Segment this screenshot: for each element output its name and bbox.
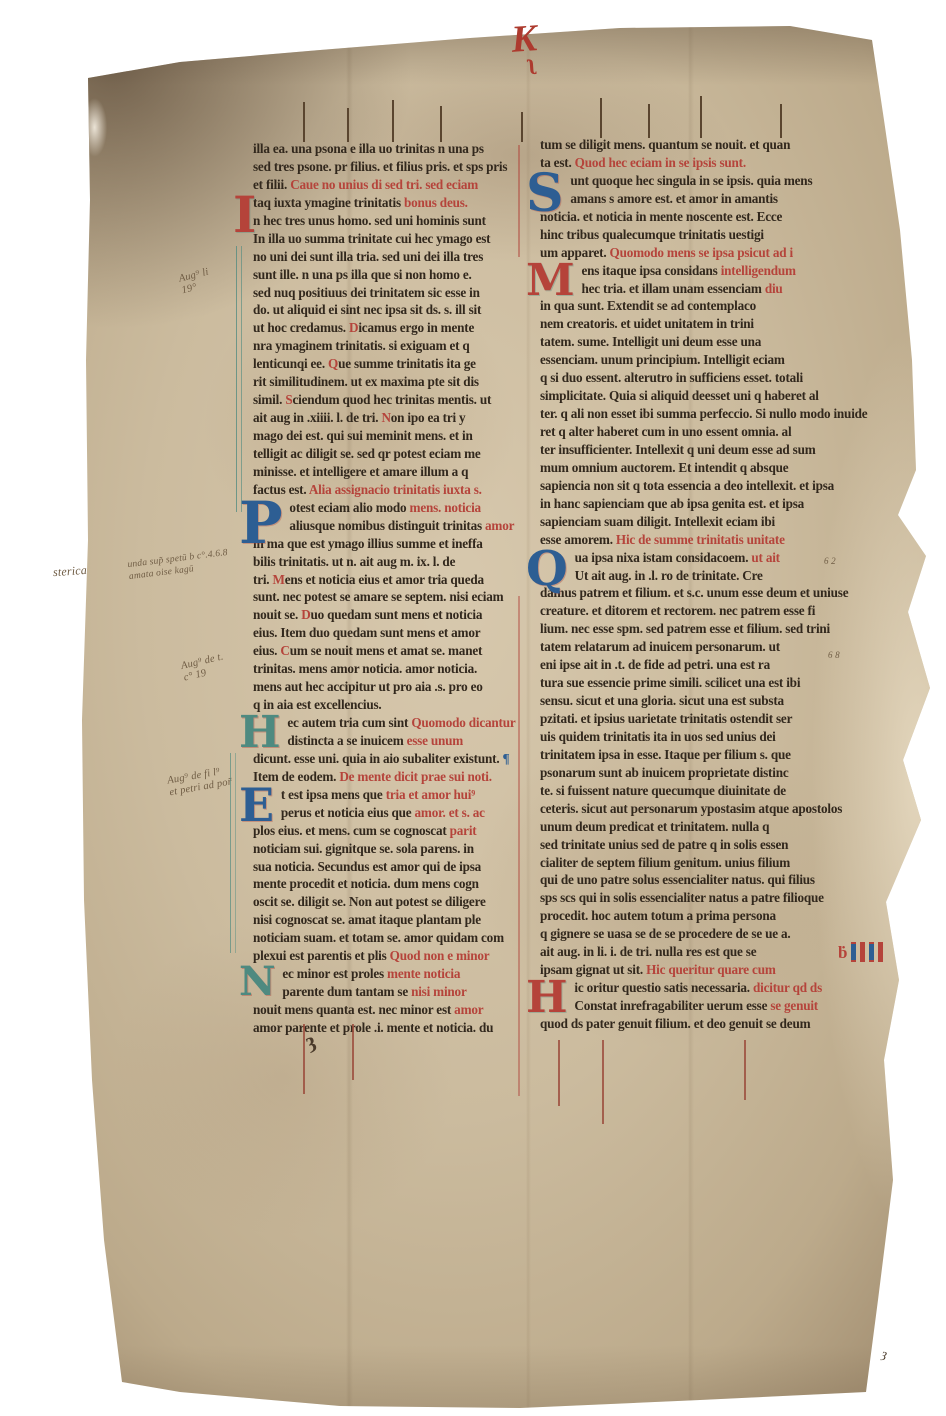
manuscript-photo: K illa ea. una psona e illa uo trinitas … <box>0 0 946 1416</box>
text-line: aliusque nomibus distinguit trinitas amo… <box>253 517 549 535</box>
text-line: um apparet. Quomodo mens se ipsa psicut … <box>540 244 860 262</box>
body-text: eni ipse ait in .t. de fide ad petri. un… <box>540 657 770 672</box>
text-line: t est ipsa mens que tria et amor hui⁹ <box>253 786 549 804</box>
body-text: ens itaque ipsa considans <box>582 263 721 278</box>
text-line: in qua sunt. Extendit se ad contemplaco <box>540 297 860 315</box>
body-text: ut hoc credamus. <box>253 320 349 335</box>
text-line: uis quidem trinitatis ita in uos sed uni… <box>540 728 860 746</box>
text-line: ec minor est proles mente noticia <box>253 965 549 983</box>
text-line: eius. Item duo quedam sunt mens et amor <box>253 624 549 642</box>
body-text: hec tria. et illam unam essenciam <box>582 281 765 296</box>
text-line: nouit mens quanta est. nec minor est amo… <box>253 1001 549 1019</box>
text-line: noticiam suam. et totam se. amor quidam … <box>253 929 549 947</box>
text-line: in hanc sapienciam que ab ipsa genita es… <box>540 495 860 513</box>
text-line: sunt. nec potest se amare se septem. nis… <box>253 588 549 606</box>
body-text: icamus ergo in mente <box>358 320 474 335</box>
body-text: parente dum tantam se <box>282 984 411 999</box>
rubric-text: mente noticia <box>387 966 460 981</box>
margin-note-sterica: sterica <box>53 565 88 579</box>
text-line: ec autem tria cum sint Quomodo dicantur <box>253 714 549 732</box>
quire-numeral-stroke <box>869 942 874 962</box>
text-line: mens aut hec accipitur ut pro aia .s. pr… <box>253 678 549 696</box>
rubric-text: Quod non e minor <box>390 948 490 963</box>
quire-mark-IIII: ḃ <box>838 942 883 962</box>
ruling-stroke <box>392 100 394 142</box>
rubric-text: amor <box>454 1002 483 1017</box>
text-line: noticiam sui. gignitque se. sola parens.… <box>253 840 549 858</box>
text-line: parente dum tantam se nisi minor <box>253 983 549 1001</box>
text-line: hec tria. et illam unam essenciam diu <box>540 280 860 298</box>
body-text: taq iuxta ymagine trinitatis <box>253 195 404 210</box>
body-text: on ipo ea tri y <box>391 410 466 425</box>
text-line: perus et noticia eius que amor. et s. ac <box>253 804 549 822</box>
body-text: mente procedit et noticia. dum mens cogn <box>253 876 479 891</box>
text-line: illa ea. una psona e illa uo trinitas n … <box>253 140 549 158</box>
headpiece-mark: K <box>510 19 539 75</box>
body-text: illa ea. una psona e illa uo trinitas n … <box>253 141 484 156</box>
body-text: telligit ac diligit se. sed qr potest ec… <box>253 446 481 461</box>
body-text: oscit se. diligit se. Non aut potest se … <box>253 894 486 909</box>
body-text: nra ymaginem trinitatis. si exiguam et q <box>253 338 470 353</box>
ruling-stroke <box>780 104 782 138</box>
descender-stroke <box>558 1040 560 1106</box>
ruling-stroke <box>347 108 349 142</box>
text-line: cialiter de septem filium genitum. unius… <box>540 854 860 872</box>
text-line: oscit se. diligit se. Non aut potest se … <box>253 893 549 911</box>
text-line: no uni dei sunt illa tria. sed uni dei i… <box>253 248 549 266</box>
body-text: in ma que est ymago illius summe et inef… <box>253 536 483 551</box>
rubric-text: Caue no unius di sed tri. sed eciam <box>290 177 478 192</box>
text-line: ceteris. sicut aut personarum ypostasim … <box>540 800 860 818</box>
text-line: eius. Cum se nouit mens et amat se. mane… <box>253 642 549 660</box>
body-text: noticia. et noticia in mente noscente es… <box>540 209 782 224</box>
margin-scribble: 6 2 <box>824 556 836 568</box>
body-text: uo quedam sunt mens et noticia <box>311 607 483 622</box>
rubric-text: Quomodo dicantur <box>411 715 515 730</box>
body-text: nouit se. <box>253 607 301 622</box>
text-line: lenticunqi ee. Que summe trinitatis ita … <box>253 355 549 373</box>
rubric-text: se genuit <box>770 998 818 1013</box>
decorated-initial-H: H <box>526 980 567 1014</box>
margin-scribble: 6 8 <box>828 650 840 662</box>
body-text: t est ipsa mens que <box>281 787 386 802</box>
text-line: mente procedit et noticia. dum mens cogn <box>253 875 549 893</box>
text-line: mum omnium auctorem. Et intendit q absqu… <box>540 459 860 477</box>
rubric-text: D <box>301 607 310 622</box>
text-line: trinitatem ipsa in esse. Itaque per fili… <box>540 746 860 764</box>
body-text: tri. <box>253 572 273 587</box>
body-text: no uni dei sunt illa tria. sed uni dei i… <box>253 249 483 264</box>
rubric-text: De mente dicit prae sui noti. <box>339 769 491 784</box>
body-text: plos eius. et mens. cum se cognoscat <box>253 823 450 838</box>
descender-stroke <box>303 1024 305 1094</box>
ruling-stroke <box>303 102 305 142</box>
body-text: um se nouit mens et amat se. manet <box>290 643 482 658</box>
descender-stroke <box>744 1040 746 1100</box>
text-column-left: illa ea. una psona e illa uo trinitas n … <box>253 140 549 1037</box>
text-line: sensu. sicut et una gloria. sicut una es… <box>540 692 860 710</box>
decorated-initial-I: I <box>233 194 256 235</box>
text-line: tatem. sume. Intelligit uni deum esse un… <box>540 333 860 351</box>
body-text: sua noticia. Secundus est amor qui de ip… <box>253 859 481 874</box>
text-line: noticia. et noticia in mente noscente es… <box>540 208 860 226</box>
body-text: ens et noticia eius et amor tria queda <box>285 572 484 587</box>
body-text: do. ut aliquid ei sint nec ipsa sit ds. … <box>253 302 481 317</box>
quire-mark-prefix: ḃ <box>838 944 847 961</box>
text-line: plos eius. et mens. cum se cognoscat par… <box>253 822 549 840</box>
text-line: sed trinitate unius sed de patre q in so… <box>540 836 860 854</box>
body-text: damus patrem et filium. et s.c. unum ess… <box>540 585 848 600</box>
body-text: ec autem tria cum sint <box>287 715 411 730</box>
body-text: sapienciam suam diligit. Intellexit ecia… <box>540 514 775 529</box>
body-text: amans s amore est. et amor in amantis <box>570 191 778 206</box>
body-text: sunt. nec potest se amare se septem. nis… <box>253 589 503 604</box>
body-text: simil. <box>253 392 285 407</box>
body-text: amor parente et prole .i. mente et notic… <box>253 1020 493 1035</box>
text-line: sps scs qui in solis essencialiter natus… <box>540 889 860 907</box>
body-text: ait aug in .xiiii. l. de tri. <box>253 410 381 425</box>
text-line: plexui est parentis et plis Quod non e m… <box>253 947 549 965</box>
text-line: tatem relatarum ad inuicem personarum. u… <box>540 638 860 656</box>
body-text: nisi cognoscat se. amat itaque plantam p… <box>253 912 481 927</box>
text-line: te. si fuissent nature quecumque diuinit… <box>540 782 860 800</box>
rubric-text: Q <box>328 356 338 371</box>
body-text: ic oritur questio satis necessaria. <box>574 980 753 995</box>
rubric-text: Hic queritur quare cum <box>646 962 776 977</box>
text-line: amans s amore est. et amor in amantis <box>540 190 860 208</box>
text-line: otest eciam alio modo mens. noticia <box>253 499 549 517</box>
text-line: psonarum sunt ab inuicem proprietate dis… <box>540 764 860 782</box>
text-line: sua noticia. Secundus est amor qui de ip… <box>253 858 549 876</box>
body-text: mum omnium auctorem. Et intendit q absqu… <box>540 460 788 475</box>
rubric-text: amor <box>485 518 514 533</box>
rubric-text: nisi minor <box>411 984 467 999</box>
body-text: et filii. <box>253 177 290 192</box>
body-text: sunt ille. n una ps illa que si non homo… <box>253 267 472 282</box>
body-text: sensu. sicut et una gloria. sicut una es… <box>540 693 784 708</box>
quire-mark-numeral-strokes <box>851 942 883 962</box>
text-line: distincta a se inuicem esse unum <box>253 732 549 750</box>
text-line: creature. et ditorem et rectorem. nec pa… <box>540 602 860 620</box>
ruling-stroke <box>648 104 650 138</box>
text-line: taq iuxta ymagine trinitatis bonus deus. <box>253 194 549 212</box>
rubric-text: C <box>280 643 289 658</box>
text-line: simil. Sciendum quod hec trinitas mentis… <box>253 391 549 409</box>
body-text: otest eciam alio modo <box>289 500 409 515</box>
rubric-text: Quomodo mens se ipsa psicut ad i <box>610 245 793 260</box>
rubric-text: Hic de summe trinitatis unitate <box>616 532 785 547</box>
body-text: tatem. sume. Intelligit uni deum esse un… <box>540 334 761 349</box>
body-text: nem creatoris. et uidet unitatem in trin… <box>540 316 754 331</box>
text-line: sapienciam suam diligit. Intellexit ecia… <box>540 513 860 531</box>
body-text: qui de uno patre solus essencialiter nat… <box>540 872 815 887</box>
text-line: Ut ait aug. in .l. ro de trinitate. Cre <box>540 567 860 585</box>
decorated-initial-E: E <box>239 787 274 821</box>
text-line: Constat inrefragabiliter uerum esse se g… <box>540 997 860 1015</box>
body-text: ait aug. in li. i. de tri. nulla res est… <box>540 944 756 959</box>
body-text: bilis trinitatis. ut n. ait aug m. ix. l… <box>253 554 455 569</box>
body-text: quod ds pater genuit filium. et deo genu… <box>540 1016 810 1031</box>
body-text: uis quidem trinitatis ita in uos sed uni… <box>540 729 776 744</box>
body-text: lium. nec esse spm. sed patrem esse et f… <box>540 621 830 636</box>
body-text: procedit. hoc autem totum a prima person… <box>540 908 776 923</box>
rubric-text: N <box>381 410 390 425</box>
text-line: qui de uno patre solus essencialiter nat… <box>540 871 860 889</box>
body-text: sapiencia non sit q tota essencia a deo … <box>540 478 834 493</box>
text-line: q si duo essent. alterutro in sufficiens… <box>540 369 860 387</box>
body-text: mago dei est. qui sui meminit mens. et i… <box>253 428 473 443</box>
body-text: mens aut hec accipitur ut pro aia .s. pr… <box>253 679 483 694</box>
body-text: q gignere se uasa se de se procedere de … <box>540 926 790 941</box>
ruling-stroke <box>440 106 442 142</box>
text-line: tum se diligit mens. quantum se nouit. e… <box>540 136 860 154</box>
text-line: tri. Mens et noticia eius et amor tria q… <box>253 571 549 589</box>
text-line: sunt ille. n una ps illa que si non homo… <box>253 266 549 284</box>
rubric-text: bonus deus. <box>404 195 468 210</box>
quire-numeral-stroke <box>860 942 865 962</box>
text-line: nisi cognoscat se. amat itaque plantam p… <box>253 911 549 929</box>
text-line: In illa uo summa trinitate cui hec ymago… <box>253 230 549 248</box>
body-text: creature. et ditorem et rectorem. nec pa… <box>540 603 815 618</box>
body-text: Constat inrefragabiliter uerum esse <box>574 998 770 1013</box>
text-line: nouit se. Duo quedam sunt mens et notici… <box>253 606 549 624</box>
rubric-text: esse unum <box>407 733 463 748</box>
rubric-text: M <box>273 572 285 587</box>
text-line: damus patrem et filium. et s.c. unum ess… <box>540 584 860 602</box>
body-text: trinitatem ipsa in esse. Itaque per fili… <box>540 747 791 762</box>
decorated-initial-Q: Q <box>526 550 568 584</box>
text-line: mago dei est. qui sui meminit mens. et i… <box>253 427 549 445</box>
body-text: tatem relatarum ad inuicem personarum. u… <box>540 639 780 654</box>
body-text: minisse. et intelligere et amare illum a… <box>253 464 468 479</box>
text-column-right: tum se diligit mens. quantum se nouit. e… <box>540 136 860 1033</box>
body-text: psonarum sunt ab inuicem proprietate dis… <box>540 765 789 780</box>
text-line: rit similitudinem. ut ex maxima pte sit … <box>253 373 549 391</box>
text-line: ait aug in .xiiii. l. de tri. Non ipo ea… <box>253 409 549 427</box>
body-text: trinitas. mens amor noticia. amor notici… <box>253 661 477 676</box>
text-line: factus est. Alia assignacio trinitatis i… <box>253 481 549 499</box>
quire-numeral-stroke <box>878 942 883 962</box>
rubric-text: parit <box>450 823 477 838</box>
decorated-initial-P: P <box>239 500 282 534</box>
body-text: ciendum quod hec trinitas mentis. ut <box>292 392 491 407</box>
body-text: ter insufficienter. Intellexit q uni deu… <box>540 442 816 457</box>
descender-stroke <box>602 1040 604 1124</box>
text-line: sed tres psone. pr filius. et filius pri… <box>253 158 549 176</box>
text-line: ut hoc credamus. Dicamus ergo in mente <box>253 319 549 337</box>
body-text: eius. Item duo quedam sunt mens et amor <box>253 625 480 640</box>
body-text: eius. <box>253 643 280 658</box>
decorated-initial-H: H <box>239 715 280 749</box>
text-line: hinc tribus qualecumque trinitatis uesti… <box>540 226 860 244</box>
text-line: quod ds pater genuit filium. et deo genu… <box>540 1015 860 1033</box>
body-text: sed trinitate unius sed de patre q in so… <box>540 837 788 852</box>
text-line: tura sue essencie prime simili. scilicet… <box>540 674 860 692</box>
text-line: ter. q ali non esset ibi summa perfeccio… <box>540 405 860 423</box>
body-text: sps scs qui in solis essencialiter natus… <box>540 890 824 905</box>
rubric-text: Quod hec eciam in se ipsis sunt. <box>575 155 746 170</box>
text-line: in ma que est ymago illius summe et inef… <box>253 535 549 553</box>
body-text: noticiam sui. gignitque se. sola parens.… <box>253 841 474 856</box>
rubric-text: mens. noticia <box>410 500 481 515</box>
text-line: ter insufficienter. Intellexit q uni deu… <box>540 441 860 459</box>
text-line: nem creatoris. et uidet unitatem in trin… <box>540 315 860 333</box>
body-text: In illa uo summa trinitate cui hec ymago… <box>253 231 490 246</box>
text-line: simplicitate. Quia si aliquid deesset un… <box>540 387 860 405</box>
body-text: Ut ait aug. in .l. ro de trinitate. Cre <box>575 568 763 583</box>
text-line: minisse. et intelligere et amare illum a… <box>253 463 549 481</box>
body-text: sed tres psone. pr filius. et filius pri… <box>253 159 507 174</box>
text-line: trinitas. mens amor noticia. amor notici… <box>253 660 549 678</box>
rubric-text: ut ait <box>751 550 779 565</box>
body-text: pzitati. et ipsius uarietate trinitatis … <box>540 711 792 726</box>
body-text: cialiter de septem filium genitum. unius… <box>540 855 790 870</box>
text-line: et filii. Caue no unius di sed tri. sed … <box>253 176 549 194</box>
decorated-initial-M: M <box>526 263 575 297</box>
body-text: ret q alter haberet cum in uno essent om… <box>540 424 791 439</box>
text-line: lium. nec esse spm. sed patrem esse et f… <box>540 620 860 638</box>
quire-numeral-stroke <box>851 942 856 962</box>
text-line: ic oritur questio satis necessaria. dici… <box>540 979 860 997</box>
text-line: procedit. hoc autem totum a prima person… <box>540 907 860 925</box>
descender-stroke <box>352 1024 354 1080</box>
body-text: ec minor est proles <box>282 966 387 981</box>
body-text: dicunt. esse uni. quia in aio subaliter … <box>253 751 503 766</box>
body-text: in hanc sapienciam que ab ipsa genita es… <box>540 496 804 511</box>
body-text: simplicitate. Quia si aliquid deesset un… <box>540 388 819 403</box>
body-text: ceteris. sicut aut personarum ypostasim … <box>540 801 842 816</box>
text-line: esse amorem. Hic de summe trinitatis uni… <box>540 531 860 549</box>
text-line: sapiencia non sit q tota essencia a deo … <box>540 477 860 495</box>
text-line: eni ipse ait in .t. de fide ad petri. un… <box>540 656 860 674</box>
text-line: ens itaque ipsa considans intelligendum <box>540 262 860 280</box>
decorated-initial-N: N <box>239 966 275 1000</box>
text-line: ret q alter haberet cum in uno essent om… <box>540 423 860 441</box>
rubric-text: intelligendum <box>721 263 796 278</box>
body-text: unt quoque hec singula in se ipsis. quia… <box>570 173 812 188</box>
text-line: pzitati. et ipsius uarietate trinitatis … <box>540 710 860 728</box>
rubric-text: dicitur qd ds <box>753 980 822 995</box>
text-line: dicunt. esse uni. quia in aio subaliter … <box>253 750 549 768</box>
body-text: te. si fuissent nature quecumque diuinit… <box>540 783 786 798</box>
text-line: ait aug. in li. i. de tri. nulla res est… <box>540 943 860 961</box>
corner-pen-mark: ȝ <box>881 1348 889 1360</box>
text-line: unum deum predicat et trinitatem. nulla … <box>540 818 860 836</box>
text-line: unt quoque hec singula in se ipsis. quia… <box>540 172 860 190</box>
rubric-text: amor. et s. ac <box>415 805 485 820</box>
text-line: Item de eodem. De mente dicit prae sui n… <box>253 768 549 786</box>
body-text: essenciam. unum principium. Intelligit e… <box>540 352 785 367</box>
body-text: lenticunqi ee. <box>253 356 328 371</box>
text-line: ipsam gignat ut sit. Hic queritur quare … <box>540 961 860 979</box>
rubric-text: diu <box>765 281 783 296</box>
body-text: distincta a se inuicem <box>287 733 406 748</box>
body-text: tura sue essencie prime simili. scilicet… <box>540 675 800 690</box>
text-line: ta est. Quod hec eciam in se ipsis sunt. <box>540 154 860 172</box>
body-text: noticiam suam. et totam se. amor quidam … <box>253 930 504 945</box>
body-text: nouit mens quanta est. nec minor est <box>253 1002 454 1017</box>
ruling-stroke <box>700 96 702 138</box>
text-line: bilis trinitatis. ut n. ait aug m. ix. l… <box>253 553 549 571</box>
text-line: ua ipsa nixa istam considacoem. ut ait <box>540 549 860 567</box>
rubric-text: Alia assignacio trinitatis iuxta s. <box>309 482 482 497</box>
body-text: unum deum predicat et trinitatem. nulla … <box>540 819 769 834</box>
body-text: perus et noticia eius que <box>281 805 415 820</box>
body-text: tum se diligit mens. quantum se nouit. e… <box>540 137 790 152</box>
paraph-mark: ¶ <box>503 751 510 766</box>
body-text: sed nuq positiuus dei trinitatem sic ess… <box>253 285 480 300</box>
ruling-stroke <box>600 98 602 138</box>
body-text: ter. q ali non esset ibi summa perfeccio… <box>540 406 867 421</box>
text-line: telligit ac diligit se. sed qr potest ec… <box>253 445 549 463</box>
text-line: q gignere se uasa se de se procedere de … <box>540 925 860 943</box>
body-text: hinc tribus qualecumque trinitatis uesti… <box>540 227 764 242</box>
body-text: ua ipsa nixa istam considacoem. <box>575 550 752 565</box>
text-line: essenciam. unum principium. Intelligit e… <box>540 351 860 369</box>
text-line: sed nuq positiuus dei trinitatem sic ess… <box>253 284 549 302</box>
text-line: n hec tres unus homo. sed uni hominis su… <box>253 212 549 230</box>
body-text: ue summe trinitatis ita ge <box>338 356 476 371</box>
text-line: do. ut aliquid ei sint nec ipsa sit ds. … <box>253 301 549 319</box>
rubric-text: D <box>349 320 358 335</box>
body-text: q si duo essent. alterutro in sufficiens… <box>540 370 803 385</box>
text-line: nra ymaginem trinitatis. si exiguam et q <box>253 337 549 355</box>
decorated-initial-S: S <box>526 173 563 207</box>
text-line: q in aia est excellencius. <box>253 696 549 714</box>
body-text: aliusque nomibus distinguit trinitas <box>289 518 485 533</box>
text-line: amor parente et prole .i. mente et notic… <box>253 1019 549 1037</box>
rubric-text: tria et amor hui⁹ <box>386 787 475 802</box>
body-text: rit similitudinem. ut ex maxima pte sit … <box>253 374 479 389</box>
body-text: n hec tres unus homo. sed uni hominis su… <box>253 213 486 228</box>
ruling-stroke <box>521 112 523 142</box>
